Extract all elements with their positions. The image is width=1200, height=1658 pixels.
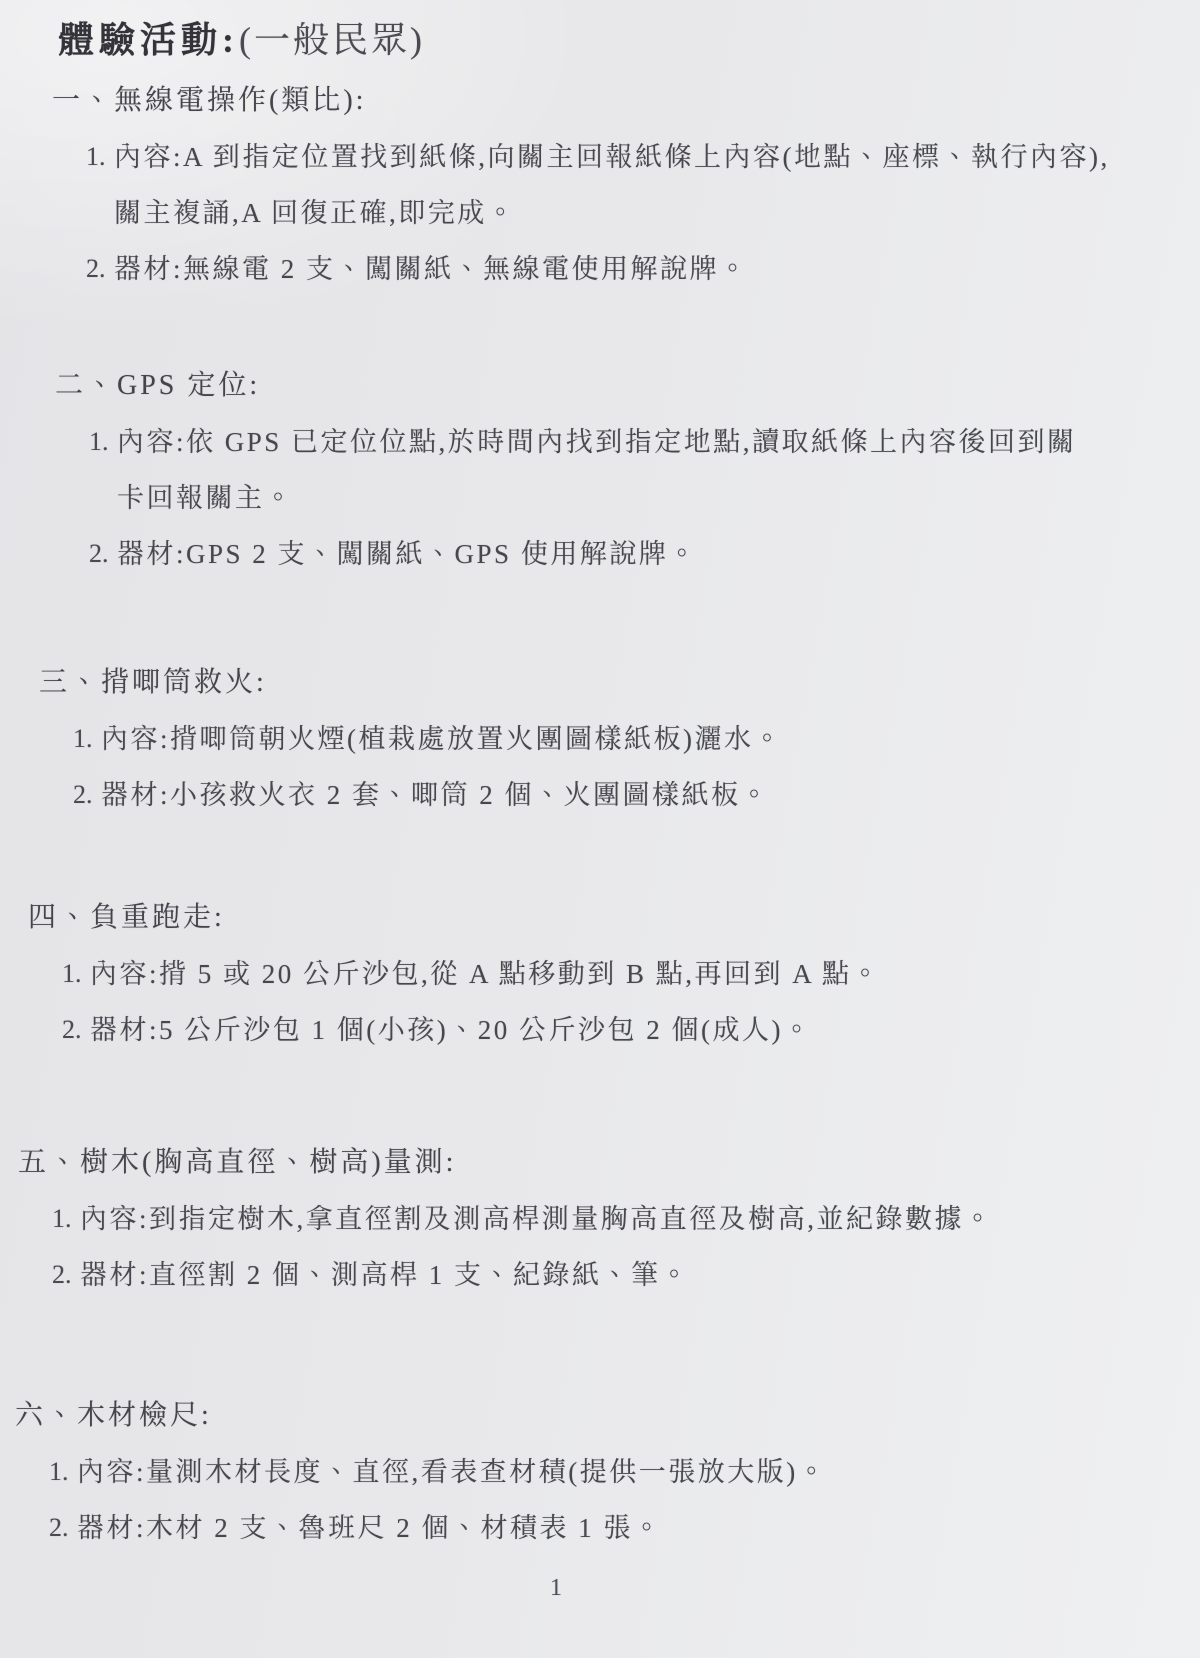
section-items: 1. 內容:揹 5 或 20 公斤沙包,從 A 點移動到 B 點,再回到 A 點… [28,946,1200,1058]
item-text-line: 內容:A 到指定位置找到紙條,向關主回報紙條上內容(地點、座標、執行內容), [114,129,1200,185]
numbered-item: 2. 器材:小孩救火衣 2 套、唧筒 2 個、火團圖樣紙板。 [39,767,1200,823]
item-text-line: 內容:量測木材長度、直徑,看表查材積(提供一張放大版)。 [77,1444,1200,1500]
item-number: 1. [73,711,93,767]
section-items: 1. 內容:依 GPS 已定位位點,於時間內找到指定地點,讀取紙條上內容後回到關… [55,414,1200,582]
item-lines: 器材:小孩救火衣 2 套、唧筒 2 個、火團圖樣紙板。 [101,767,1200,823]
item-number: 2. [62,1002,82,1058]
document-content: 體驗活動:(一般民眾) 一、無線電操作(類比): 1. 內容:A 到指定位置找到… [0,10,1200,1610]
item-lines: 器材:GPS 2 支、闖關紙、GPS 使用解說牌。 [117,526,1200,582]
scanned-document-page: 體驗活動:(一般民眾) 一、無線電操作(類比): 1. 內容:A 到指定位置找到… [0,0,1200,1658]
item-number: 2. [89,526,109,582]
item-lines: 內容:揹 5 或 20 公斤沙包,從 A 點移動到 B 點,再回到 A 點。 [90,946,1200,1002]
activity-section-5: 五、樹木(胸高直徑、樹高)量測: 1. 內容:到指定樹木,拿直徑割及測高桿測量胸… [18,1135,1200,1303]
item-number: 2. [52,1247,72,1303]
section-items: 1. 內容:揹唧筒朝火煙(植栽處放置火團圖樣紙板)灑水。 2. 器材:小孩救火衣… [39,711,1200,823]
numbered-item: 2. 器材:直徑割 2 個、測高桿 1 支、紀錄紙、筆。 [18,1247,1200,1303]
document-title-audience: (一般民眾) [239,20,425,60]
activity-section-4: 四、負重跑走: 1. 內容:揹 5 或 20 公斤沙包,從 A 點移動到 B 點… [28,890,1200,1058]
numbered-item: 1. 內容:量測木材長度、直徑,看表查材積(提供一張放大版)。 [15,1444,1200,1500]
item-text-line: 內容:揹唧筒朝火煙(植栽處放置火團圖樣紙板)灑水。 [101,711,1200,767]
section-heading: 四、負重跑走: [28,890,1200,946]
item-text-line: 器材:5 公斤沙包 1 個(小孩)、20 公斤沙包 2 個(成人)。 [90,1002,1200,1058]
item-number: 2. [49,1500,69,1556]
item-text-line: 內容:依 GPS 已定位位點,於時間內找到指定地點,讀取紙條上內容後回到關 [117,414,1200,470]
numbered-item: 1. 內容:依 GPS 已定位位點,於時間內找到指定地點,讀取紙條上內容後回到關… [55,414,1200,526]
item-text-line: 內容:到指定樹木,拿直徑割及測高桿測量胸高直徑及樹高,並紀錄數據。 [80,1191,1200,1247]
item-lines: 內容:量測木材長度、直徑,看表查材積(提供一張放大版)。 [77,1444,1200,1500]
item-lines: 內容:A 到指定位置找到紙條,向關主回報紙條上內容(地點、座標、執行內容),關主… [114,129,1200,241]
item-text-line: 器材:小孩救火衣 2 套、唧筒 2 個、火團圖樣紙板。 [101,767,1200,823]
item-number: 2. [86,241,106,297]
item-lines: 器材:直徑割 2 個、測高桿 1 支、紀錄紙、筆。 [80,1247,1200,1303]
item-text-line: 器材:無線電 2 支、闖關紙、無線電使用解說牌。 [114,241,1200,297]
document-title: 體驗活動:(一般民眾) [58,10,1200,70]
item-lines: 內容:到指定樹木,拿直徑割及測高桿測量胸高直徑及樹高,並紀錄數據。 [80,1191,1200,1247]
numbered-item: 2. 器材:無線電 2 支、闖關紙、無線電使用解說牌。 [52,241,1200,297]
section-heading: 一、無線電操作(類比): [52,73,1200,129]
item-lines: 內容:依 GPS 已定位位點,於時間內找到指定地點,讀取紙條上內容後回到關卡回報… [117,414,1200,526]
item-text-line: 器材:GPS 2 支、闖關紙、GPS 使用解說牌。 [117,526,1200,582]
section-items: 1. 內容:量測木材長度、直徑,看表查材積(提供一張放大版)。 2. 器材:木材… [15,1444,1200,1556]
item-number: 1. [62,946,82,1002]
section-items: 1. 內容:到指定樹木,拿直徑割及測高桿測量胸高直徑及樹高,並紀錄數據。 2. … [18,1191,1200,1303]
item-lines: 器材:5 公斤沙包 1 個(小孩)、20 公斤沙包 2 個(成人)。 [90,1002,1200,1058]
numbered-item: 1. 內容:揹 5 或 20 公斤沙包,從 A 點移動到 B 點,再回到 A 點… [28,946,1200,1002]
item-number: 1. [89,414,109,470]
numbered-item: 1. 內容:揹唧筒朝火煙(植栽處放置火團圖樣紙板)灑水。 [39,711,1200,767]
section-heading: 二、GPS 定位: [55,358,1200,414]
section-heading: 六、木材檢尺: [15,1388,1200,1444]
section-heading: 三、揹唧筒救火: [39,655,1200,711]
numbered-item: 2. 器材:GPS 2 支、闖關紙、GPS 使用解說牌。 [55,526,1200,582]
item-number: 1. [52,1191,72,1247]
page-number: 1 [550,1566,1200,1610]
item-lines: 器材:無線電 2 支、闖關紙、無線電使用解說牌。 [114,241,1200,297]
item-lines: 器材:木材 2 支、魯班尺 2 個、材積表 1 張。 [77,1500,1200,1556]
numbered-item: 2. 器材:木材 2 支、魯班尺 2 個、材積表 1 張。 [15,1500,1200,1556]
numbered-item: 2. 器材:5 公斤沙包 1 個(小孩)、20 公斤沙包 2 個(成人)。 [28,1002,1200,1058]
activity-section-1: 一、無線電操作(類比): 1. 內容:A 到指定位置找到紙條,向關主回報紙條上內… [52,73,1200,297]
item-text-line: 器材:木材 2 支、魯班尺 2 個、材積表 1 張。 [77,1500,1200,1556]
activity-section-3: 三、揹唧筒救火: 1. 內容:揹唧筒朝火煙(植栽處放置火團圖樣紙板)灑水。 2.… [39,655,1200,823]
item-lines: 內容:揹唧筒朝火煙(植栽處放置火團圖樣紙板)灑水。 [101,711,1200,767]
item-text-line: 器材:直徑割 2 個、測高桿 1 支、紀錄紙、筆。 [80,1247,1200,1303]
item-number: 1. [49,1444,69,1500]
sections-container: 一、無線電操作(類比): 1. 內容:A 到指定位置找到紙條,向關主回報紙條上內… [0,73,1200,1556]
document-title-main: 體驗活動: [58,20,239,60]
activity-section-6: 六、木材檢尺: 1. 內容:量測木材長度、直徑,看表查材積(提供一張放大版)。 … [15,1388,1200,1556]
item-number: 1. [86,129,106,185]
item-text-line: 內容:揹 5 或 20 公斤沙包,從 A 點移動到 B 點,再回到 A 點。 [90,946,1200,1002]
numbered-item: 1. 內容:到指定樹木,拿直徑割及測高桿測量胸高直徑及樹高,並紀錄數據。 [18,1191,1200,1247]
item-text-line: 卡回報關主。 [117,470,1200,526]
section-items: 1. 內容:A 到指定位置找到紙條,向關主回報紙條上內容(地點、座標、執行內容)… [52,129,1200,297]
item-number: 2. [73,767,93,823]
item-text-line: 關主複誦,A 回復正確,即完成。 [114,185,1200,241]
activity-section-2: 二、GPS 定位: 1. 內容:依 GPS 已定位位點,於時間內找到指定地點,讀… [55,358,1200,582]
section-heading: 五、樹木(胸高直徑、樹高)量測: [18,1135,1200,1191]
numbered-item: 1. 內容:A 到指定位置找到紙條,向關主回報紙條上內容(地點、座標、執行內容)… [52,129,1200,241]
